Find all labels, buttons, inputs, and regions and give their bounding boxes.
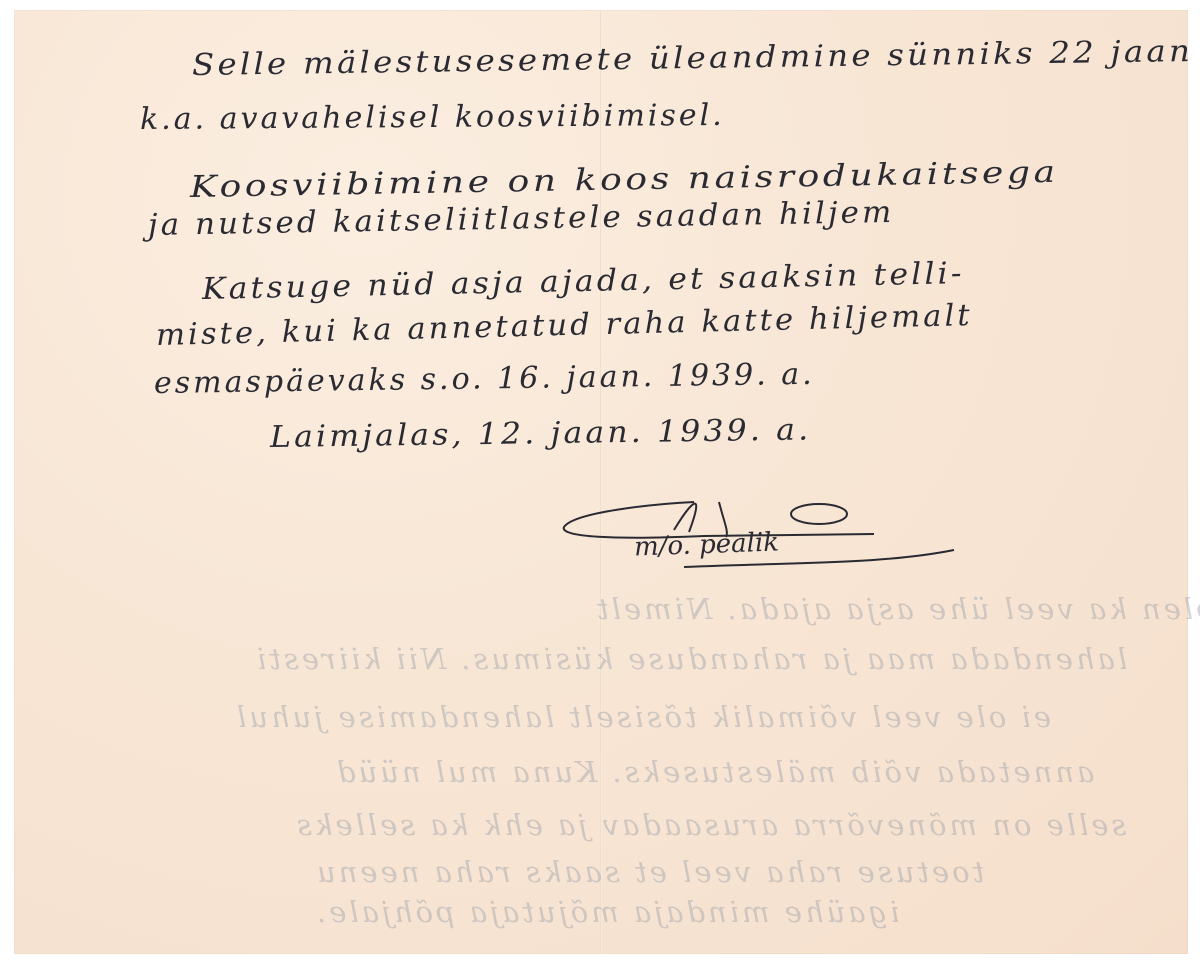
letter-line-2: k.a. avavahelisel koosviibimisel. [140, 98, 725, 137]
bleed-through-line: toetuse raha veel et saaks raha neenu [314, 855, 984, 889]
bleed-through-line: selle on mõnevõrra arusaadav ja ehk ka s… [294, 808, 1126, 842]
letter-line-3: Koosviibimine on koos naisrodukaitsega [190, 155, 1059, 205]
letter-paper: Ühtlasi olen ka veel ühe asja ajada. Nim… [14, 10, 1188, 954]
signature-title: m/o. pealik [634, 527, 780, 562]
bleed-through-line: Ühtlasi olen ka veel ühe asja ajada. Nim… [594, 592, 1200, 626]
bleed-through-line: ei ole veel võimalik tõsiselt lahendamis… [234, 700, 1051, 734]
place-date-line: Laimjalas, 12. jaan. 1939. a. [270, 412, 812, 455]
bleed-through-line: annetada võib mälestuseks. Kuna mul nüüd [334, 755, 1094, 789]
letter-line-7: esmaspäevaks s.o. 16. jaan. 1939. a. [154, 357, 815, 401]
bleed-through-line: igaühe mindaja mõjutaja põhjale. [314, 895, 899, 929]
letter-line-5: Katsuge nüd asja ajada, et saaksin telli… [202, 256, 965, 307]
letter-line-6: miste, kui ka annetatud raha katte hilje… [156, 298, 974, 353]
letter-line-1: Selle mälestusesemete üleandmine sünniks… [192, 34, 1194, 83]
bleed-through-line: lahendada maa ja rahanduse küsimus. Nii … [254, 642, 1127, 676]
